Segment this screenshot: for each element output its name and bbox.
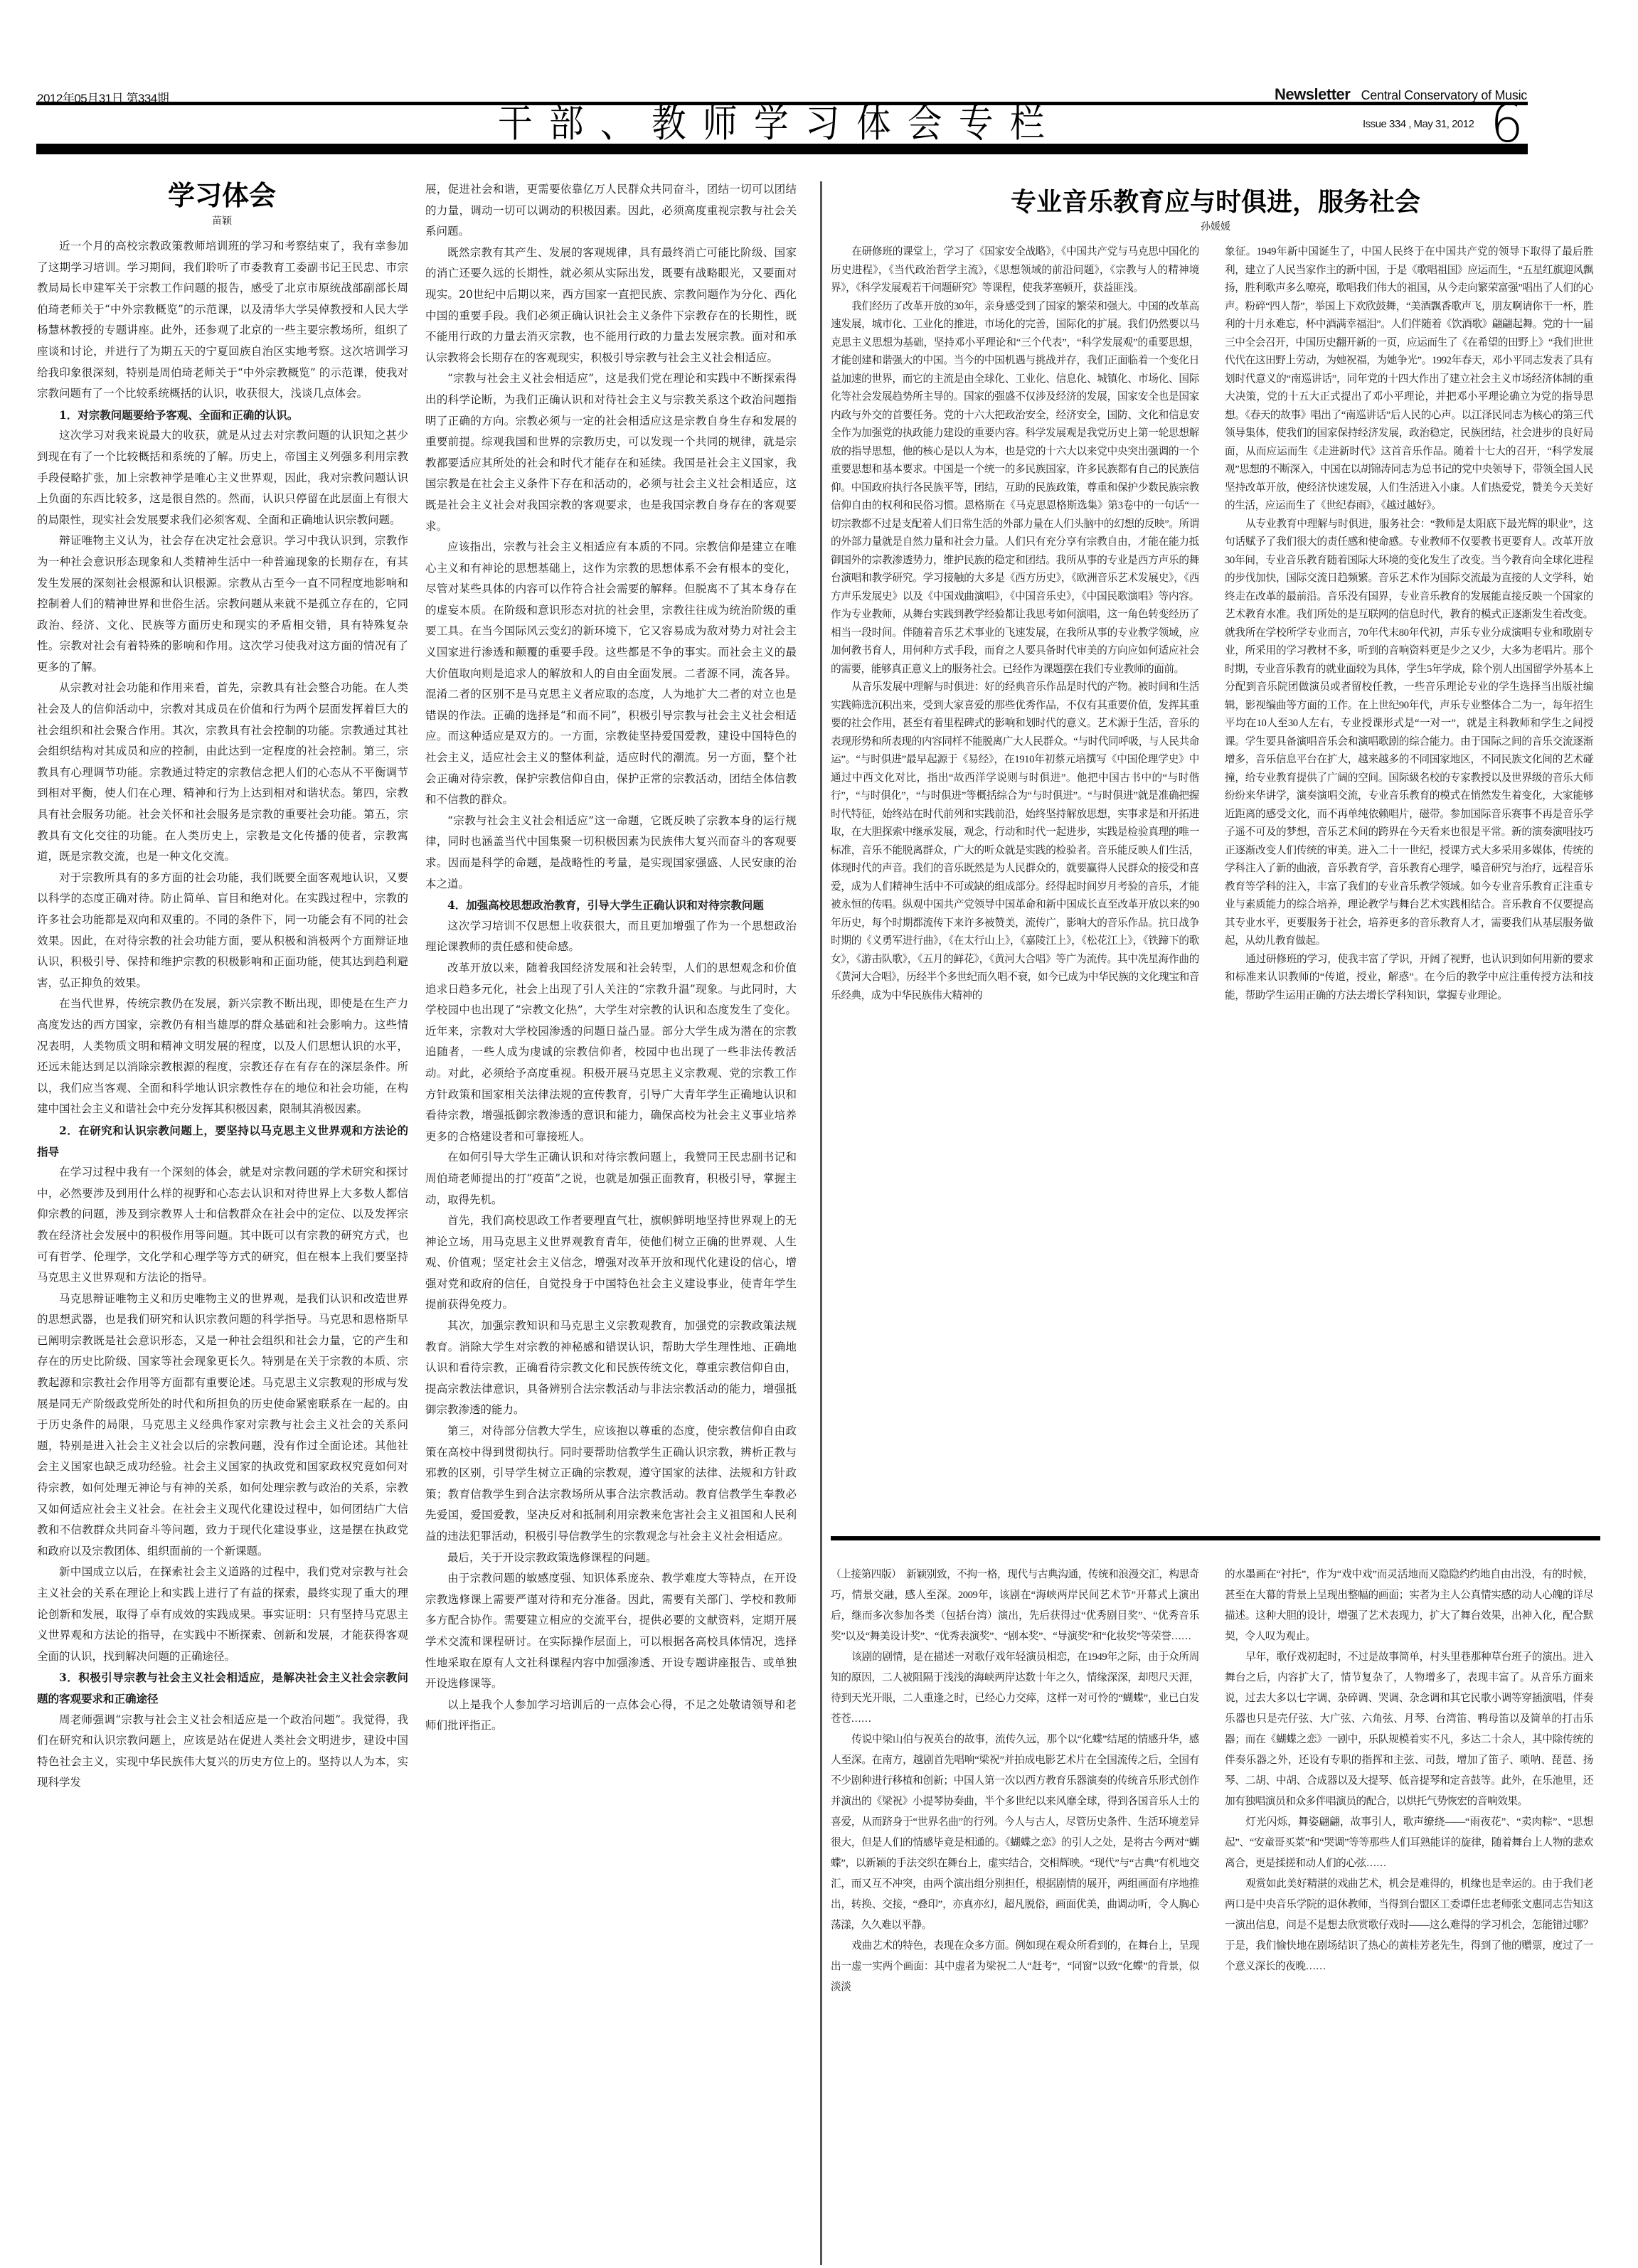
paragraph: 马克思辩证唯物主义和历史唯物主义的世界观，是我们认识和改造世界的思想武器，也是我… (37, 1289, 408, 1562)
issue-line: Issue 334 , May 31, 2012 (1363, 118, 1474, 130)
section-heading: 4．加强高校思想政治教育，引导大学生正确认识和对待宗教问题 (425, 895, 797, 916)
paragraph: 以上是我个人参加学习培训后的一点体会心得，不足之处敬请领导和老师们批评指正。 (425, 1695, 797, 1737)
paragraph: 在当代世界，传统宗教仍在发展，新兴宗教不断出现，即使是在生产力高度发达的西方国家… (37, 994, 408, 1120)
paragraph: 由于宗教问题的敏感度强、知识体系庞杂、教学难度大等特点，在开设宗教选修课上需要严… (425, 1568, 797, 1695)
article2-column-1: 在研修班的课堂上，学习了《国家安全战略》，《中国共产党与马克思中国化的历史进程》… (831, 243, 1199, 1005)
article1-column-2: 展，促进社会和谐，更需要依靠亿万人民群众共同奋斗，团结一切可以团结的力量，调动一… (425, 179, 797, 1737)
article2-column-2: 象征。1949年新中国诞生了，中国人民终于在中国共产党的领导下取得了最后胜利，建… (1225, 243, 1593, 1005)
paragraph: 该剧的剧情，是在描述一对歌仔戏年轻演员相恋，在1949年之际，由于众所周知的原因… (831, 1647, 1199, 1730)
article-separator-rule (831, 1536, 1600, 1540)
paragraph: （上接第四版） 新颖别致，不拘一格，现代与古典沟通，传统和浪漫交汇，构思奇巧，情… (831, 1565, 1199, 1647)
paragraph: 辩证唯物主义认为，社会存在决定社会意识。学习中我认识到，宗教作为一种社会意识形态… (37, 531, 408, 678)
paragraph: 早年，歌仔戏初起时，不过是故事简单，村头里巷那种草台班子的演出。进入舞台之后，内… (1225, 1647, 1593, 1812)
paragraph: “宗教与社会主义社会相适应”这一命题，它既反映了宗教本身的运行规律，同时也涵盖当… (425, 811, 797, 895)
paragraph: 新中国成立以后，在探索社会主义道路的过程中，我们党对宗教与社会主义社会的关系在理… (37, 1562, 408, 1667)
paragraph: 这次学习对我来说最大的收获，就是从过去对宗教问题的认识知之甚少到现在有了一个比较… (37, 425, 408, 531)
paragraph: 既然宗教有其产生、发展的客观规律，具有最终消亡可能比阶级、国家的消亡还要久远的长… (425, 243, 797, 369)
section-heading: 1．对宗教问题要给予客观、全面和正确的认识。 (37, 405, 408, 426)
section-heading: 3．积极引导宗教与社会主义社会相适应，是解决社会主义社会宗教问题的客观要求和正确… (37, 1667, 408, 1709)
paragraph: 最后，关于开设宗教政策选修课程的问题。 (425, 1548, 797, 1569)
paragraph: 观赏如此美好精湛的戏曲艺术，机会是难得的，机缘也是幸运的。由于我们老两口是中央音… (1225, 1874, 1593, 1977)
article2-author: 孙媛媛 (831, 219, 1600, 233)
paragraph: 应该指出，宗教与社会主义相适应有本质的不同。宗教信仰是建立在唯心主义和有神论的思… (425, 537, 797, 811)
continued-column-2: 的水墨画在“衬托”，作为“戏中戏”而灵活地而又隐隐约约地自由出没，有的时候，甚至… (1225, 1565, 1593, 1977)
section-heading: 2．在研究和认识宗教问题上，要坚持以马克思主义世界观和方法论的指导 (37, 1120, 408, 1162)
paragraph: “宗教与社会主义社会相适应”，这是我们党在理论和实践中不断探索得出的科学论断，为… (425, 368, 797, 537)
continued-column-1: （上接第四版） 新颖别致，不拘一格，现代与古典沟通，传统和浪漫交汇，构思奇巧，情… (831, 1565, 1199, 1998)
article1-title: 学习体会 (37, 179, 407, 212)
paragraph: 其次，加强宗教知识和马克思主义宗教观教育，加强党的宗教政策法规教育。消除大学生对… (425, 1316, 797, 1421)
paragraph: 展，促进社会和谐，更需要依靠亿万人民群众共同奋斗，团结一切可以团结的力量，调动一… (425, 179, 797, 243)
masthead-bottom-rule (36, 144, 1528, 154)
paragraph: 周老师强调“宗教与社会主义社会相适应是一个政治问题”。我觉得，我们在研究和认识宗… (37, 1710, 408, 1794)
paragraph: 灯光闪烁，舞姿翩翩，故事引人，歌声缭绕——“雨夜花”、“卖肉粽”、“思想起”、“… (1225, 1812, 1593, 1874)
paragraph: 这次学习培训不仅思想上收获很大，而且更加增强了作为一个思想政治理论课教师的责任感… (425, 916, 797, 958)
paragraph: 第三，对待部分信教大学生，应该抱以尊重的态度，使宗教信仰自由政策在高校中得到贯彻… (425, 1421, 797, 1548)
section-title: 干部、教师学习体会专栏 (498, 102, 1061, 145)
paragraph: 对于宗教所具有的多方面的社会功能，我们既要全面客观地认识，又要以科学的态度正确对… (37, 868, 408, 994)
paragraph: 从音乐发展中理解与时俱进：好的经典音乐作品是时代的产物。被时间和生活实践筛选沉积… (831, 678, 1199, 1005)
paragraph: 的水墨画在“衬托”，作为“戏中戏”而灵活地而又隐隐约约地自由出没，有的时候，甚至… (1225, 1565, 1593, 1647)
paragraph: 我们经历了改革开放的30年，亲身感受到了国家的繁荣和强大。中国的改革高速发展，城… (831, 298, 1199, 679)
paragraph: 戏曲艺术的特色，表现在众多方面。例如现在观众所看到的，在舞台上，呈现出一虚一实两… (831, 1936, 1199, 1998)
paragraph: 从专业教育中理解与时俱进，服务社会：“教师是太阳底下最光辉的职业”，这句话赋予了… (1225, 516, 1593, 951)
paragraph: 从宗教对社会功能和作用来看，首先，宗教具有社会整合功能。在人类社会及人的信仰活动… (37, 678, 408, 867)
article1-column-1: 近一个月的高校宗教政策教师培训班的学习和考察结束了，我有幸参加了这期学习培训。学… (37, 236, 408, 1794)
paragraph: 在研修班的课堂上，学习了《国家安全战略》，《中国共产党与马克思中国化的历史进程》… (831, 243, 1199, 298)
column-divider (820, 181, 822, 2265)
paragraph: 近一个月的高校宗教政策教师培训班的学习和考察结束了，我有幸参加了这期学习培训。学… (37, 236, 408, 405)
paragraph: 改革开放以来，随着我国经济发展和社会转型，人们的思想观念和价值追求日趋多元化，社… (425, 958, 797, 1147)
paragraph: 象征。1949年新中国诞生了，中国人民终于在中国共产党的领导下取得了最后胜利，建… (1225, 243, 1593, 516)
paragraph: 在如何引导大学生正确认识和对待宗教问题上，我赞同王民忠副书记和周伯琦老师提出的打… (425, 1147, 797, 1210)
paragraph: 通过研修班的学习，使我丰富了学识，开阔了视野，也认识到如何用新的要求和标准来认识… (1225, 951, 1593, 1006)
paragraph: 首先，我们高校思政工作者要理直气壮，旗帜鲜明地坚持世界观上的无神论立场，用马克思… (425, 1210, 797, 1316)
newsletter-label: Newsletter (1275, 85, 1350, 103)
article1-author: 苗颖 (37, 213, 407, 228)
paragraph: 传说中梁山伯与祝英台的故事，流传久远，那个以“化蝶”结尾的情感升华，感人至深。在… (831, 1730, 1199, 1936)
article2-title: 专业音乐教育应与时俱进，服务社会 (831, 186, 1600, 218)
paragraph: 在学习过程中我有一个深刻的体会，就是对宗教问题的学术研究和探讨中，必然要涉及到用… (37, 1162, 408, 1289)
